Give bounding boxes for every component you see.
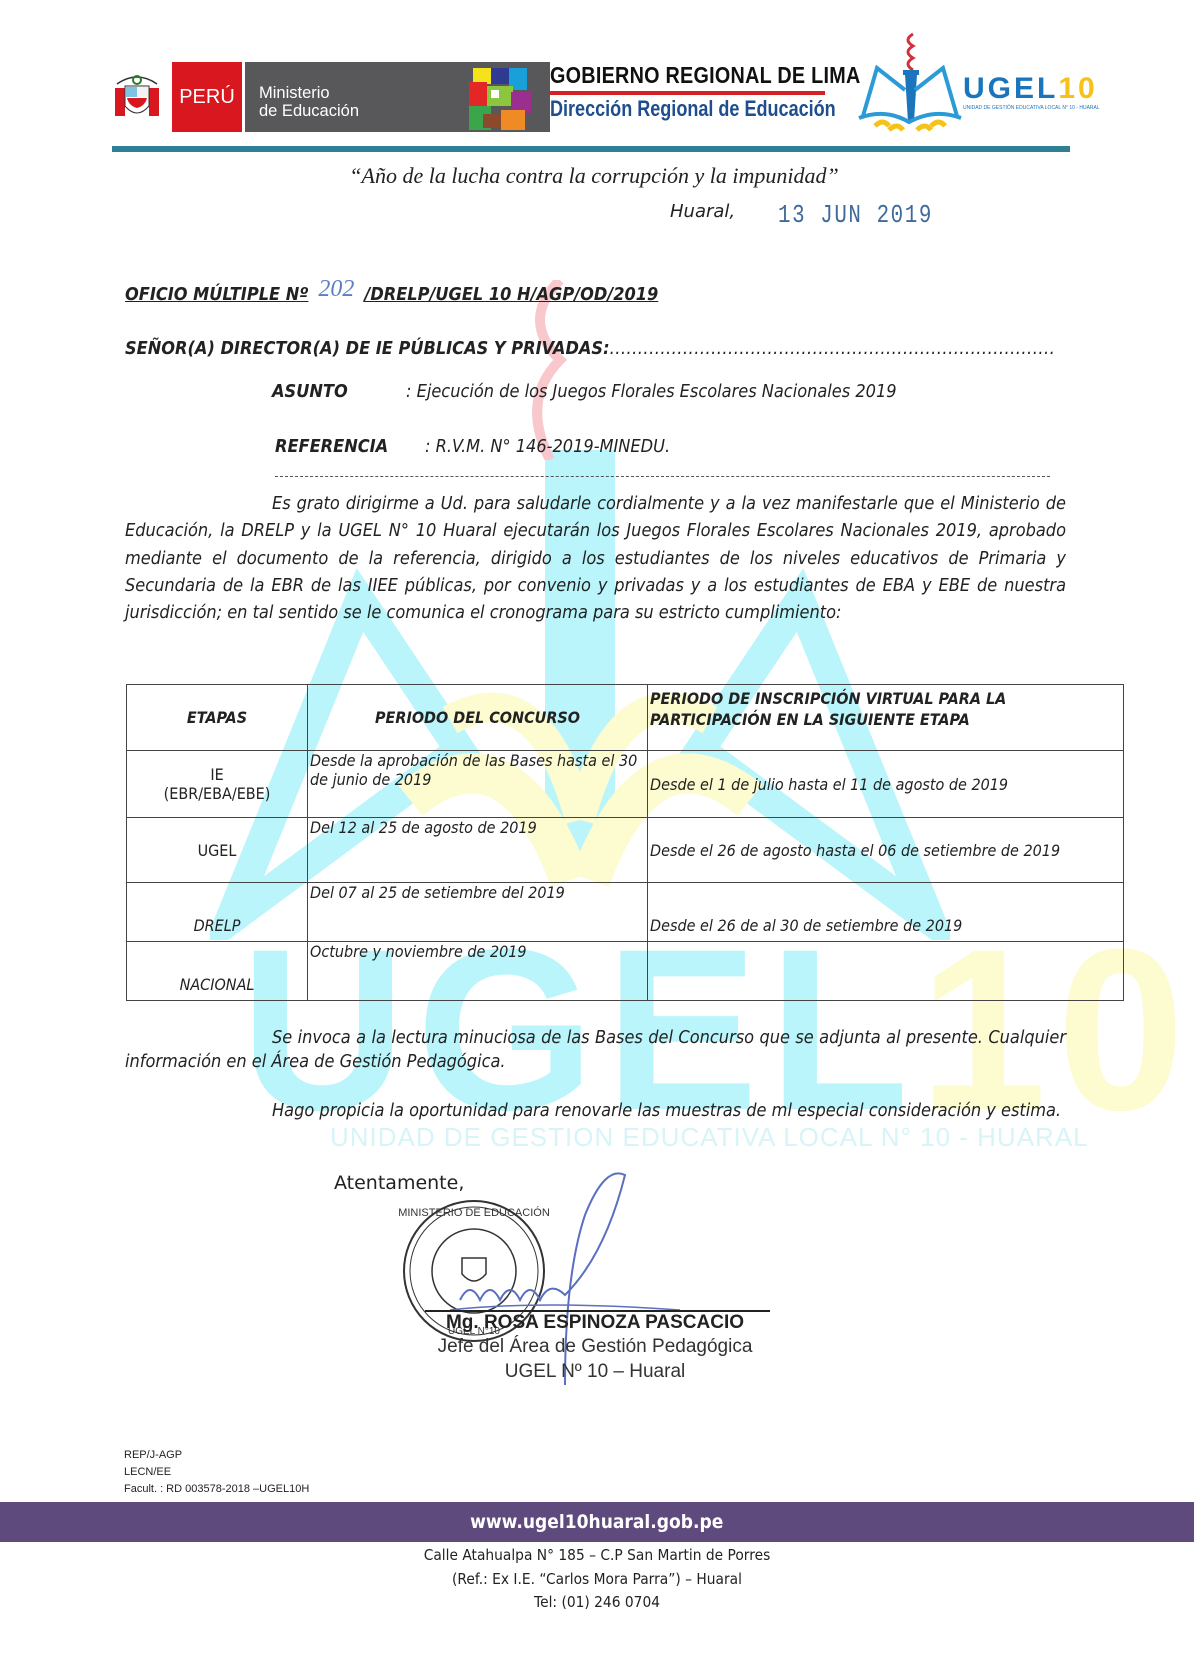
table-row: NACIONAL Octubre y noviembre de 2019 <box>127 942 1124 1001</box>
ugel-logo-text: UGEL10 <box>963 72 1098 106</box>
table-row: DRELP Del 07 al 25 de setiembre del 2019… <box>127 883 1124 942</box>
registration-cell <box>648 942 1124 1001</box>
watermark-flame-icon <box>520 280 580 460</box>
website-link[interactable]: www.ugel10huaral.gob.pe <box>470 1502 723 1542</box>
body-paragraph-2: Se invoca a la lectura minuciosa de las … <box>125 1026 1066 1074</box>
body-paragraph-3: Hago propicia la oportunidad para renova… <box>125 1099 1066 1123</box>
stage-cell: UGEL <box>127 818 308 883</box>
table-row: IE (EBR/EBA/EBE) Desde la aprobación de … <box>127 751 1124 818</box>
header-divider <box>112 146 1070 152</box>
watermark-subtitle: UNIDAD DE GESTION EDUCATIVA LOCAL N° 10 … <box>330 1122 1089 1153</box>
signer-name: Mg. ROSA ESPINOZA PASCACIO <box>395 1312 795 1334</box>
period-cell: Desde la aprobación de las Bases hasta e… <box>308 751 648 818</box>
period-cell: Del 12 al 25 de agosto de 2019 <box>308 818 648 883</box>
table-row: UGEL Del 12 al 25 de agosto de 2019 Desd… <box>127 818 1124 883</box>
table-header-row: ETAPAS PERIODO DEL CONCURSO PERIODO DE I… <box>127 685 1124 751</box>
period-cell: Del 07 al 25 de setiembre del 2019 <box>308 883 648 942</box>
body-paragraph-1: Es grato dirigirme a Ud. para saludarle … <box>125 490 1066 626</box>
footer-address: Calle Atahualpa N° 185 – C.P San Martin … <box>0 1544 1194 1615</box>
document-reference: OFICIO MÚLTIPLE Nº202/DRELP/UGEL 10 H/AG… <box>125 280 658 307</box>
regional-directorate-subtitle: Dirección Regional de Educación <box>550 96 836 122</box>
peru-brand: PERÚ <box>172 62 242 132</box>
registration-cell: Desde el 1 de julio hasta el 11 de agost… <box>648 751 1124 818</box>
peru-coat-of-arms-icon <box>111 68 163 128</box>
handwritten-number: 202 <box>318 276 354 303</box>
dashed-separator <box>275 476 1050 477</box>
subject-label: ASUNTO <box>272 381 406 402</box>
registration-cell: Desde el 26 de al 30 de setiembre de 201… <box>648 883 1124 942</box>
subject-value: : Ejecución de los Juegos Florales Escol… <box>406 381 897 402</box>
regional-government-title: GOBIERNO REGIONAL DE LIMA <box>550 62 861 89</box>
header-registration-period: PERIODO DE INSCRIPCIÓN VIRTUAL PARA LA P… <box>648 685 1124 751</box>
stage-cell: IE (EBR/EBA/EBE) <box>127 751 308 818</box>
reference-line: REFERENCIA: R.V.M. N° 146-2019-MINEDU. <box>275 436 670 457</box>
reference-initials: REP/J-AGP LECN/EE Facult. : RD 003578-20… <box>124 1447 309 1498</box>
addressee: SEÑOR(A) DIRECTOR(A) DE IE PÚBLICAS Y PR… <box>125 338 1055 359</box>
reference-prefix: OFICIO MÚLTIPLE Nº <box>125 284 308 305</box>
reference-label: REFERENCIA <box>275 436 425 457</box>
reference-suffix: /DRELP/UGEL 10 H/AGP/OD/2019 <box>364 284 658 305</box>
ugel-tagline: UNIDAD DE GESTIÓN EDUCATIVA LOCAL N° 10 … <box>963 105 1100 111</box>
subject-line: ASUNTO: Ejecución de los Juegos Florales… <box>272 381 897 402</box>
year-motto: “Año de la lucha contra la corrupción y … <box>0 163 1194 189</box>
place-label: Huaral, <box>670 201 735 222</box>
stage-cell: DRELP <box>127 883 308 942</box>
registration-cell: Desde el 26 de agosto hasta el 06 de set… <box>648 818 1124 883</box>
signer-role: Jefe del Área de Gestión Pedagógica <box>395 1334 795 1359</box>
schedule-table: ETAPAS PERIODO DEL CONCURSO PERIODO DE I… <box>126 684 1124 1001</box>
reference-value: : R.V.M. N° 146-2019-MINEDU. <box>425 436 670 457</box>
footer-website-band: www.ugel10huaral.gob.pe <box>0 1502 1194 1542</box>
gobierno-regional-logo-icon <box>467 64 533 132</box>
regional-title-underline <box>550 91 825 95</box>
period-cell: Octubre y noviembre de 2019 <box>308 942 648 1001</box>
signer-organization: UGEL Nº 10 – Huaral <box>395 1359 795 1384</box>
ugel-book-torch-icon <box>855 30 965 135</box>
header-contest-period: PERIODO DEL CONCURSO <box>308 685 648 751</box>
letterhead: PERÚ Ministerio de Educación GOBIERNO RE… <box>105 58 1070 148</box>
signer-block: Mg. ROSA ESPINOZA PASCACIO Jefe del Área… <box>395 1312 795 1384</box>
stage-cell: NACIONAL <box>127 942 308 1001</box>
date-stamp: 13 JUN 2019 <box>778 200 933 230</box>
header-stages: ETAPAS <box>127 685 308 751</box>
